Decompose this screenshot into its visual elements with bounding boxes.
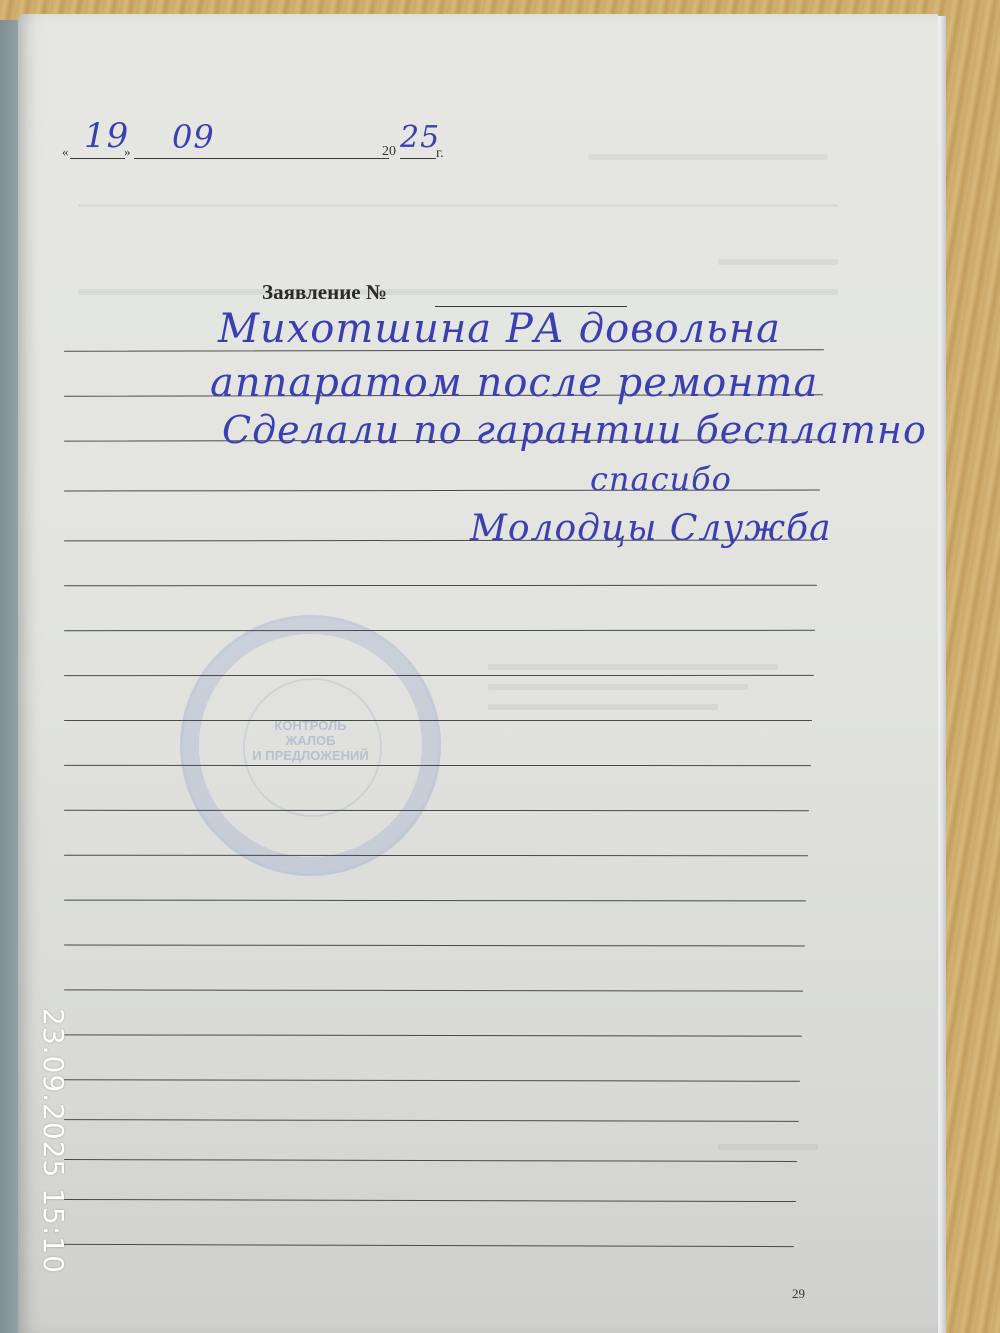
stamp-text-line: И ПРЕДЛОЖЕНИЙ bbox=[183, 748, 438, 763]
handwritten-line-1: Михотшина РА довольна bbox=[218, 306, 781, 352]
show-through-text bbox=[78, 289, 838, 295]
show-through-text bbox=[488, 684, 748, 690]
show-through-text bbox=[588, 154, 828, 160]
date-year-prefix: 20 bbox=[382, 144, 396, 160]
handwritten-line-4: спасибо bbox=[590, 460, 732, 498]
show-through-text bbox=[718, 1144, 818, 1150]
show-through-text bbox=[488, 664, 778, 670]
date-close-quote: » bbox=[124, 144, 131, 160]
show-through-text bbox=[488, 704, 718, 710]
date-month-handwritten: 09 bbox=[172, 118, 215, 156]
date-field: « 19 » 09 20 25 г. bbox=[62, 112, 462, 172]
statement-title: Заявление № bbox=[262, 280, 387, 305]
date-day-handwritten: 19 bbox=[84, 116, 129, 156]
handwritten-signature: Молодцы Служба bbox=[470, 508, 832, 549]
year-underline bbox=[400, 158, 436, 159]
handwritten-line-2: аппаратом после ремонта bbox=[210, 360, 818, 406]
month-underline bbox=[134, 158, 389, 159]
show-through-text bbox=[718, 259, 838, 265]
notebook-page bbox=[18, 14, 938, 1333]
date-year-unit: г. bbox=[436, 146, 444, 162]
date-open-quote: « bbox=[62, 144, 69, 160]
photo-timestamp: 23.09.2025 15:10 bbox=[30, 1008, 70, 1308]
page-number: 29 bbox=[792, 1286, 805, 1302]
stamp-text-line: ЖАЛОБ bbox=[183, 733, 438, 748]
day-underline bbox=[70, 158, 125, 159]
official-stamp: КОНТРОЛЬ ЖАЛОБ И ПРЕДЛОЖЕНИЙ bbox=[180, 615, 441, 876]
stamp-text: КОНТРОЛЬ ЖАЛОБ И ПРЕДЛОЖЕНИЙ bbox=[183, 718, 438, 763]
show-through-text bbox=[78, 204, 838, 207]
date-year-handwritten: 25 bbox=[400, 120, 440, 155]
handwritten-line-3: Сделали по гарантии бесплатно bbox=[222, 408, 927, 452]
